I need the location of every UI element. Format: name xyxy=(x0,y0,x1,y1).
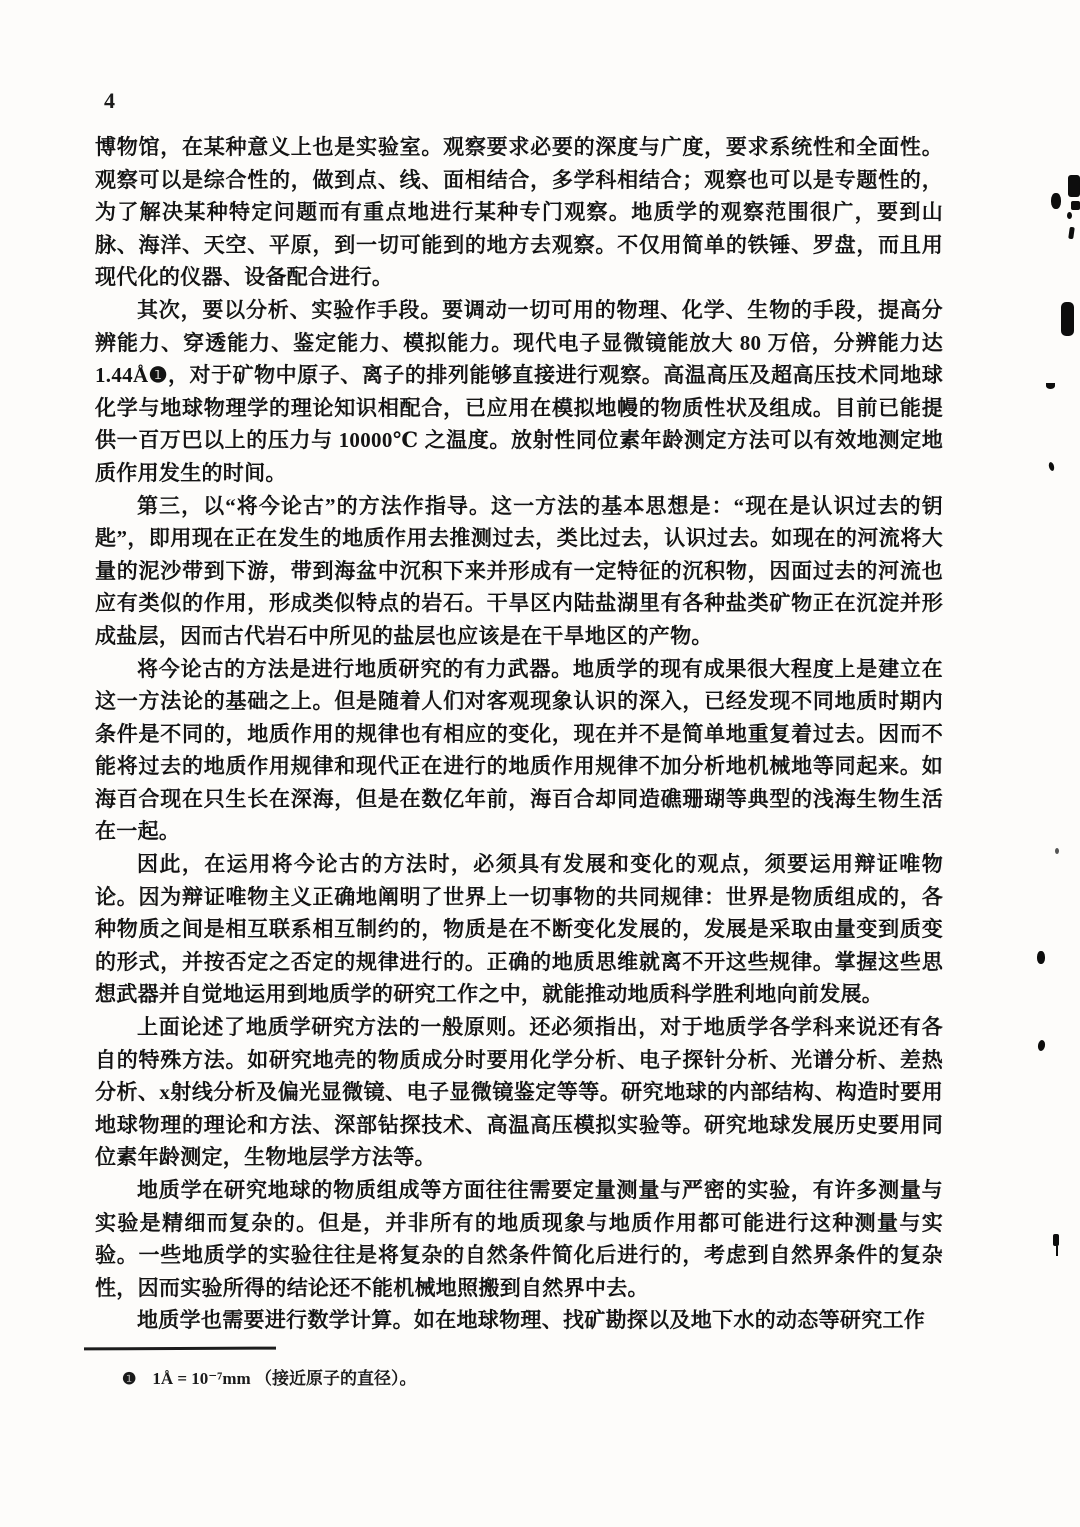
ink-mark xyxy=(1051,193,1061,209)
ink-mark xyxy=(1055,848,1059,854)
ink-mark xyxy=(1048,462,1055,472)
ink-mark xyxy=(1071,201,1080,210)
ink-mark xyxy=(1067,212,1072,219)
ink-mark xyxy=(1068,227,1075,240)
body-text-block: 博物馆，在某种意义上也是实验室。观察要求必要的深度与广度，要求系统性和全面性。观… xyxy=(95,131,943,1337)
footnote-text: 1Å = 10⁻⁷mm （接近原子的直径）。 xyxy=(152,1369,416,1388)
paragraph-special-methods: 上面论述了地质学研究方法的一般原则。还必须指出，对于地质学各学科来说还有各自的特… xyxy=(95,1011,943,1174)
paragraph-continuation: 博物馆，在某种意义上也是实验室。观察要求必要的深度与广度，要求系统性和全面性。观… xyxy=(95,131,943,294)
paragraph-quantitative-measurement: 地质学在研究地球的物质组成等方面往往需要定量测量与严密的实验，有许多测量与实验是… xyxy=(95,1174,943,1304)
paragraph-math-calculation: 地质学也需要进行数学计算。如在地球物理、找矿勘探以及地下水的动态等研究工作 xyxy=(95,1304,943,1337)
ink-mark xyxy=(1037,1039,1046,1051)
footnote-marker-icon: ❶ xyxy=(122,1369,136,1389)
footnote: ❶1Å = 10⁻⁷mm （接近原子的直径）。 xyxy=(122,1364,822,1389)
paragraph-uniformitarianism: 将今论古的方法是进行地质研究的有力武器。地质学的现有成果很大程度上是建立在这一方… xyxy=(95,653,943,849)
footnote-divider xyxy=(84,1347,276,1351)
ink-mark xyxy=(1068,175,1080,197)
paragraph-dialectics: 因此，在运用将今论古的方法时，必须具有发展和变化的观点，须要运用辩证唯物论。因为… xyxy=(95,848,943,1011)
ink-mark xyxy=(1037,951,1045,964)
paragraph-analysis-experiment: 其次，要以分析、实验作手段。要调动一切可用的物理、化学、生物的手段，提高分辨能力… xyxy=(95,294,943,490)
paragraph-present-is-key: 第三，以“将今论古”的方法作指导。这一方法的基本思想是：“现在是认识过去的钥匙”… xyxy=(95,490,943,653)
ink-mark xyxy=(1046,383,1055,389)
ink-mark xyxy=(1053,1234,1059,1246)
ink-mark xyxy=(1056,1246,1058,1256)
ink-mark xyxy=(1061,302,1074,336)
page-number: 4 xyxy=(104,88,115,114)
scanned-book-page: 4 博物馆，在某种意义上也是实验室。观察要求必要的深度与广度，要求系统性和全面性… xyxy=(0,0,1080,1527)
